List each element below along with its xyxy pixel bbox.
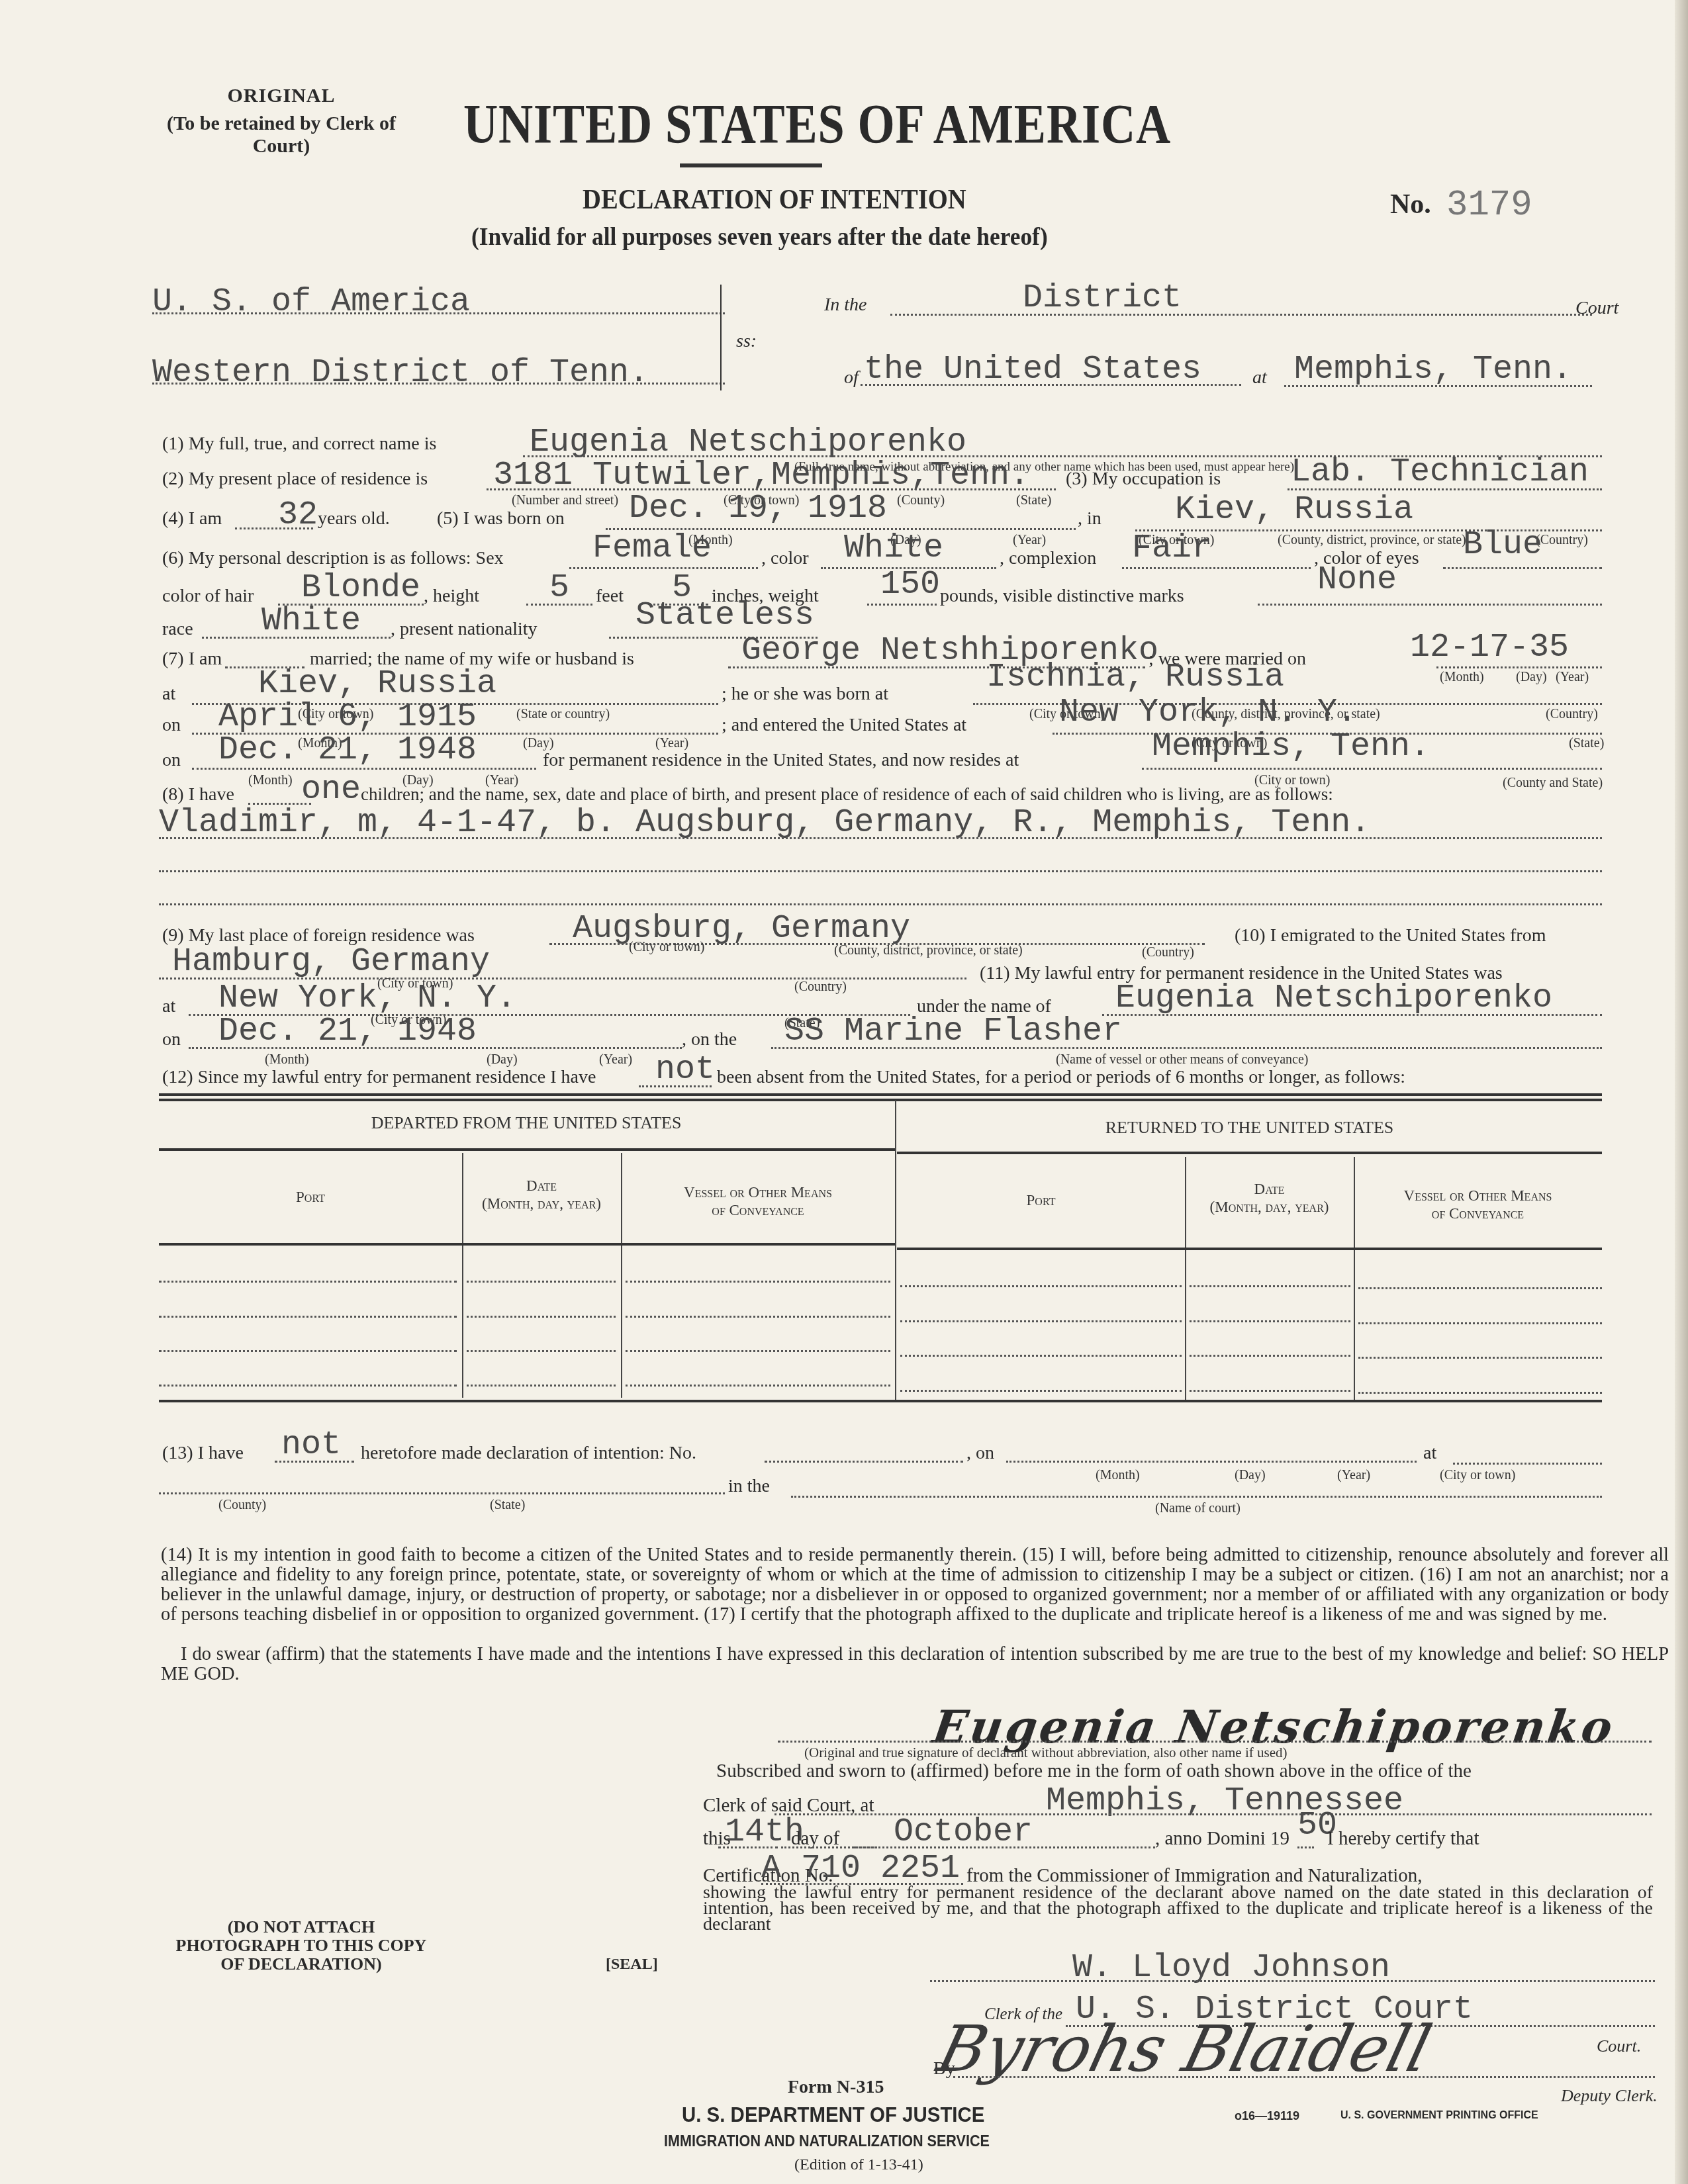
form-subtitle: DECLARATION OF INTENTION [583,184,966,216]
q2-hint-street: (Number and street) [512,493,618,508]
departed-col-port: Port [159,1188,462,1206]
birth-date-field[interactable]: Dec. 19, 1918 [629,490,887,527]
birth-in-label: , in [1078,508,1102,529]
vessel-hint: (Name of vessel or other means of convey… [1056,1052,1309,1068]
marks-label: pounds, visible distinctive marks [940,586,1184,607]
color-field[interactable]: White [844,529,943,567]
q2-label: (2) My present place of residence is [162,469,428,490]
returned-col-vessel-sub: of Conveyance [1354,1205,1602,1222]
entry-name-field[interactable]: Eugenia Netschiporenko [1115,979,1552,1017]
q13-hint-county: (County) [218,1498,266,1513]
eyes-field[interactable]: Blue [1463,526,1542,564]
q13-in-the-label: in the [728,1476,770,1497]
marriage-date-field[interactable]: 12-17-35 [1410,629,1569,666]
hint-month-3: (Month) [248,773,293,788]
entered-label: ; and entered the United States at [722,715,966,736]
subscribed-text: Subscribed and sworn to (affirmed) befor… [716,1760,1472,1782]
returned-col-date-sub: (Month, day, year) [1208,1198,1331,1216]
vessel-field[interactable]: SS Marine Flasher [784,1013,1122,1050]
service-name: IMMIGRATION AND NATURALIZATION SERVICE [664,2132,990,2151]
returned-col-vessel: Vessel or Other Means [1354,1187,1602,1205]
entry-port-field[interactable]: New York, N. Y. [218,979,516,1017]
anno-label: , anno Domini 19 [1155,1828,1289,1850]
title-rule [680,163,822,167]
q12-text: been absent from the United States, for … [717,1067,1405,1088]
q9-hint-city: (City or town) [629,940,704,955]
race-label: race [162,619,193,640]
month-field[interactable]: October [894,1813,1033,1851]
original-label: ORIGINAL [199,85,364,107]
printer: U. S. GOVERNMENT PRINTING OFFICE [1340,2110,1538,2122]
ss-label: ss: [736,331,757,352]
marriage-at-label: at [162,684,175,705]
departed-col-vessel-sub: of Conveyance [621,1201,895,1219]
q2-hint-county: (County) [897,493,945,508]
q9-hint-country: (Country) [1142,945,1194,960]
q10-label: (10) I emigrated to the United States fr… [1235,925,1546,946]
spouse-born-label: ; he or she was born at [722,684,888,705]
q13-value-field[interactable]: not [281,1426,341,1464]
height-label: , height [424,586,479,607]
court-type[interactable]: District [1023,279,1182,317]
feet-label: feet [596,586,624,607]
q7-label: (7) I am [162,649,222,670]
departed-col-date-sub: (Month, day, year) [482,1195,601,1212]
deputy-label: Deputy Clerk. [1561,2086,1658,2106]
hair-label: color of hair [162,586,254,607]
hint-state-1: (State or country) [516,707,610,722]
retained-note: (To be retained by Clerk of Court) [152,113,410,158]
entry-hint-month: (Month) [265,1052,309,1068]
returned-title: RETURNED TO THE UNITED STATES [897,1118,1602,1136]
sex-field[interactable]: Female [592,529,712,567]
deputy-signature[interactable]: Byrohs Blaidell [931,2012,1438,2086]
edition: (Edition of 1-13-41) [794,2156,923,2174]
hair-field[interactable]: Blonde [301,569,420,607]
q8-text: children; and the name, sex, date and pl… [361,784,1333,805]
q9-hint-county: (County, district, province, or state) [834,943,1023,958]
entry-at-label: at [162,996,175,1017]
oath-swear: I do swear (affirm) that the statements … [161,1645,1669,1684]
seal-label: [SEAL] [606,1956,658,1974]
marriage-hint-year: (Year) [1556,670,1589,685]
entry-on-label: on [162,1029,181,1050]
q13-hint-state: (State) [490,1498,525,1513]
q10-hint-country: (Country) [794,979,847,995]
court-of[interactable]: the United States [864,351,1201,388]
spouse-entry-on-label: on [162,750,181,771]
height-feet-field[interactable]: 5 [549,569,569,607]
q13-hint-court: (Name of court) [1155,1501,1241,1516]
marriage-hint-day: (Day) [1516,670,1547,685]
emigrated-from-field[interactable]: Hamburg, Germany [172,943,490,981]
occupation-field[interactable]: Lab. Technician [1291,453,1589,491]
court-suffix: Court. [1597,2036,1641,2056]
hint-year-2: (Year) [655,736,688,751]
at-label: at [1252,367,1267,388]
venue-country[interactable]: U. S. of America [152,283,470,321]
q12-value-field[interactable]: not [655,1051,715,1089]
q13-hint-day: (Day) [1235,1468,1266,1483]
entry-date-field[interactable]: Dec. 21, 1948 [218,1013,477,1050]
q5-hint-country: (Country) [1536,533,1588,548]
hint-entry-state: (State) [1569,736,1604,751]
birth-place-field[interactable]: Kiev, Russia [1175,491,1413,529]
complexion-field[interactable]: Fair [1132,529,1211,567]
q13-hint-year: (Year) [1337,1468,1370,1483]
in-the-label: In the [824,295,867,316]
q13-on-label: , on [966,1443,994,1464]
children-line-1[interactable]: Vladimir, m, 4-1-47, b. Augsburg, German… [159,804,1370,842]
q13-hint-month: (Month) [1096,1468,1140,1483]
departed-title: DEPARTED FROM THE UNITED STATES [159,1114,894,1132]
certify-label: I hereby certify that [1327,1828,1479,1850]
complexion-label: , complexion [1000,548,1096,569]
q3-label: (3) My occupation is [1066,469,1221,490]
spouse-birthplace-field[interactable]: Ischnia, Russia [986,659,1284,696]
photo-note: (DO NOT ATTACH PHOTOGRAPH TO THIS COPY O… [165,1918,437,1974]
returned-col-date: Date [1185,1180,1354,1198]
q12-label: (12) Since my lawful entry for permanent… [162,1067,596,1088]
resides-label: for permanent residence in the United St… [543,750,1019,771]
number-label: No. [1390,189,1431,220]
document-title: UNITED STATES OF AMERICA [463,93,1203,157]
last-foreign-residence-field[interactable]: Augsburg, Germany [573,910,910,948]
signature-hint: (Original and true signature of declaran… [804,1745,1288,1761]
entry-hint-year: (Year) [599,1052,632,1068]
of-label: of [844,367,859,388]
returned-col-port: Port [897,1191,1185,1209]
spouse-residence-field[interactable]: Memphis, Tenn. [1152,728,1430,766]
department-name: U. S. DEPARTMENT OF JUSTICE [682,2103,984,2127]
marriage-hint-month: (Month) [1440,670,1484,685]
spouse-entry-place-field[interactable]: New York, N. Y. [1059,694,1357,731]
spouse-on-label: on [162,715,181,736]
color-label: , color [761,548,809,569]
hint-resides-county: (County and State) [1503,776,1603,791]
page-edge [1675,0,1688,2184]
q5-hint-year: (Year) [1013,533,1046,548]
weight-field[interactable]: 150 [880,566,940,604]
marriage-place-field[interactable]: Kiev, Russia [258,665,496,703]
spouse-birth-date-field[interactable]: April 6, 1915 [218,698,477,736]
q13-text: heretofore made declaration of intention… [361,1443,696,1464]
q6-label: (6) My personal description is as follow… [162,548,504,569]
invalid-note: (Invalid for all purposes seven years af… [471,222,1048,251]
oath-paragraph: (14) It is my intention in good faith to… [161,1545,1669,1625]
spouse-entry-date-field[interactable]: Dec. 21, 1948 [218,731,477,769]
declaration-number: 3179 [1446,185,1532,226]
court-label: Court [1575,298,1618,319]
nationality-label: , present nationality [391,619,538,640]
venue-district[interactable]: Western District of Tenn. [152,354,649,392]
q1-label: (1) My full, true, and correct name is [162,433,436,455]
race-field[interactable]: White [261,602,361,640]
hint-spouse-country: (Country) [1546,707,1598,722]
entry-hint-day: (Day) [487,1052,518,1068]
nationality-field[interactable]: Stateless [635,597,814,635]
q13-at-label: at [1423,1443,1436,1464]
departed-col-date: Date [462,1177,621,1195]
on-the-label: , on the [682,1029,737,1050]
q8-label: (8) I have [162,784,234,805]
q13-label: (13) I have [162,1443,244,1464]
q5-hint-county: (County, district, province, or state) [1278,533,1466,548]
print-code: o16—19119 [1235,2109,1299,2123]
q5-label: (5) I was born on [437,508,565,529]
q4-suffix: years old. [318,508,390,529]
hint-day-2: (Day) [523,736,554,751]
court-location[interactable]: Memphis, Tenn. [1294,351,1572,388]
cert-text-2: showing the lawful entry for permanent r… [703,1885,1653,1933]
q4-label: (4) I am [162,508,222,529]
form-number: Form N-315 [788,2077,884,2098]
venue-bracket [720,285,722,390]
departed-col-vessel: Vessel or Other Means [621,1183,895,1201]
q2-hint-state: (State) [1016,493,1051,508]
q13-hint-city: (City or town) [1440,1468,1515,1483]
marks-field[interactable]: None [1317,561,1397,599]
